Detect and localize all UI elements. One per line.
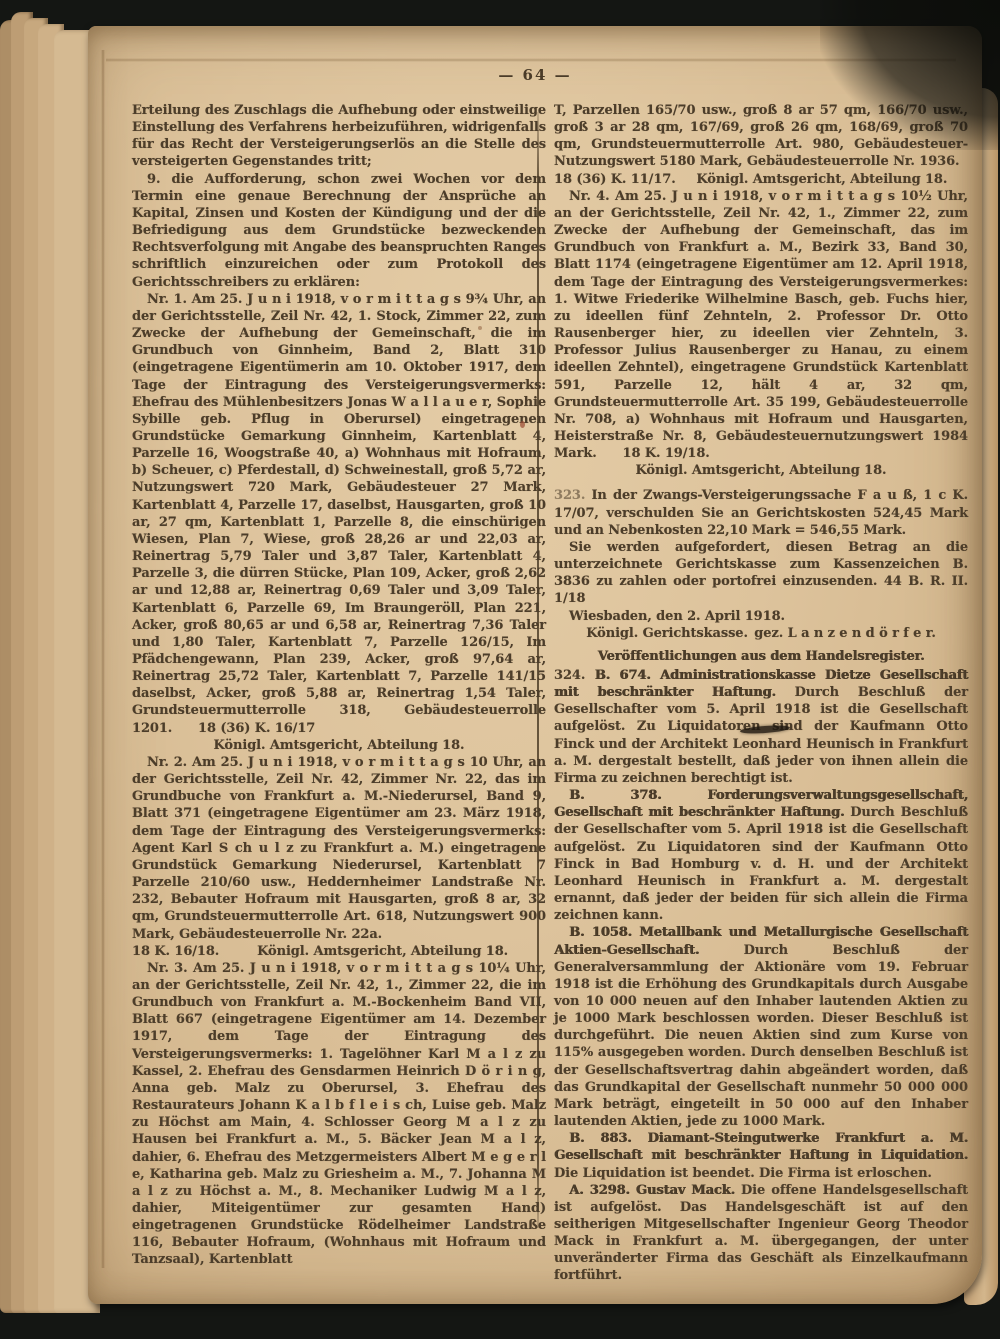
- right-column: T, Parzellen 165/70 usw., groß 8 ar 57 q…: [554, 102, 968, 1285]
- paper-speck: [478, 326, 482, 330]
- notice-continuation: Erteilung des Zuschlags die Aufhebung od…: [132, 102, 546, 171]
- auction-notice-3: Nr. 3. Am 25. J u n i 1918, v o r m i t …: [132, 960, 546, 1269]
- page-crease: [101, 50, 105, 1268]
- paragraph-item-9: 9. die Aufforderung, schon zwei Wochen v…: [132, 171, 546, 291]
- docket-number: 18 (36) K. 11/17.: [554, 171, 676, 188]
- auction-notice-4: Nr. 4. Am 25. J u n i 1918, v o r m i t …: [554, 188, 968, 463]
- signature-line: Königl. Gerichtskasse. gez. L a n z e n …: [554, 625, 968, 642]
- auction-notice-1: Nr. 1. Am 25. J u n i 1918, v o r m i t …: [132, 291, 546, 737]
- court-line: Königl. Amtsgericht, Abteilung 18.: [554, 462, 968, 479]
- court-line: Königl. Amtsgericht, Abteilung 18.: [132, 737, 546, 754]
- entry-number: 324.: [554, 668, 585, 683]
- register-entry-b378: B. 378. Forderungsverwaltungsgesellschaf…: [554, 787, 968, 924]
- page-number: — 64 —: [88, 66, 982, 84]
- page-stack-edges: [0, 6, 100, 1313]
- page-crease: [106, 58, 956, 62]
- docket-court-line: 18 K. 16/18. Königl. Amtsgericht, Abteil…: [132, 943, 546, 960]
- document-page: — 64 — Erteilung des Zuschlags die Aufhe…: [88, 26, 982, 1304]
- left-column: Erteilung des Zuschlags die Aufhebung od…: [132, 102, 546, 1269]
- dateline: Wiesbaden, den 2. April 1918.: [554, 608, 968, 625]
- book-photo-background: — 64 — Erteilung des Zuschlags die Aufhe…: [0, 0, 1000, 1339]
- section-heading-handelsregister: Veröffentlichungen aus dem Handelsregist…: [554, 648, 968, 665]
- paper-speck: [520, 421, 525, 428]
- docket-court-line: 18 (36) K. 11/17. Königl. Amtsgericht, A…: [554, 171, 968, 188]
- entry-text: Durch Beschluß der Gesellschafter vom 5.…: [554, 805, 968, 923]
- company-name: A. 3298. Gustav Mack.: [569, 1183, 735, 1198]
- entry-text: In der Zwangs-Versteigerungssache F a u …: [554, 488, 968, 537]
- entry-text: Die Liquidation ist beendet. Die Firma i…: [554, 1166, 932, 1181]
- debt-notice-323: 323. In der Zwangs-Versteigerungssache F…: [554, 487, 968, 538]
- company-name: B. 883. Diamant-Steingutwerke Frankfurt …: [554, 1131, 968, 1163]
- entry-number: 323.: [554, 488, 585, 503]
- register-entry-a3298: A. 3298. Gustav Mack. Die offene Handels…: [554, 1182, 968, 1285]
- notice-continuation: T, Parzellen 165/70 usw., groß 8 ar 57 q…: [554, 102, 968, 171]
- payment-request: Sie werden aufgefordert, diesen Betrag a…: [554, 539, 968, 608]
- court-name: Königl. Amtsgericht, Abteilung 18.: [696, 171, 947, 188]
- court-name: Königl. Amtsgericht, Abteilung 18.: [257, 943, 508, 960]
- auction-notice-2: Nr. 2. Am 25. J u n i 1918, v o r m i t …: [132, 754, 546, 943]
- register-entry-b1058: B. 1058. Metallbank und Metallurgische G…: [554, 924, 968, 1130]
- docket-number: 18 K. 16/18.: [132, 943, 219, 960]
- register-entry-b883: B. 883. Diamant-Steingutwerke Frankfurt …: [554, 1130, 968, 1181]
- entry-text: Durch Beschluß der Gesellschafter vom 5.…: [554, 685, 968, 786]
- entry-text: Durch Beschluß der Generalversammlung de…: [554, 943, 968, 1130]
